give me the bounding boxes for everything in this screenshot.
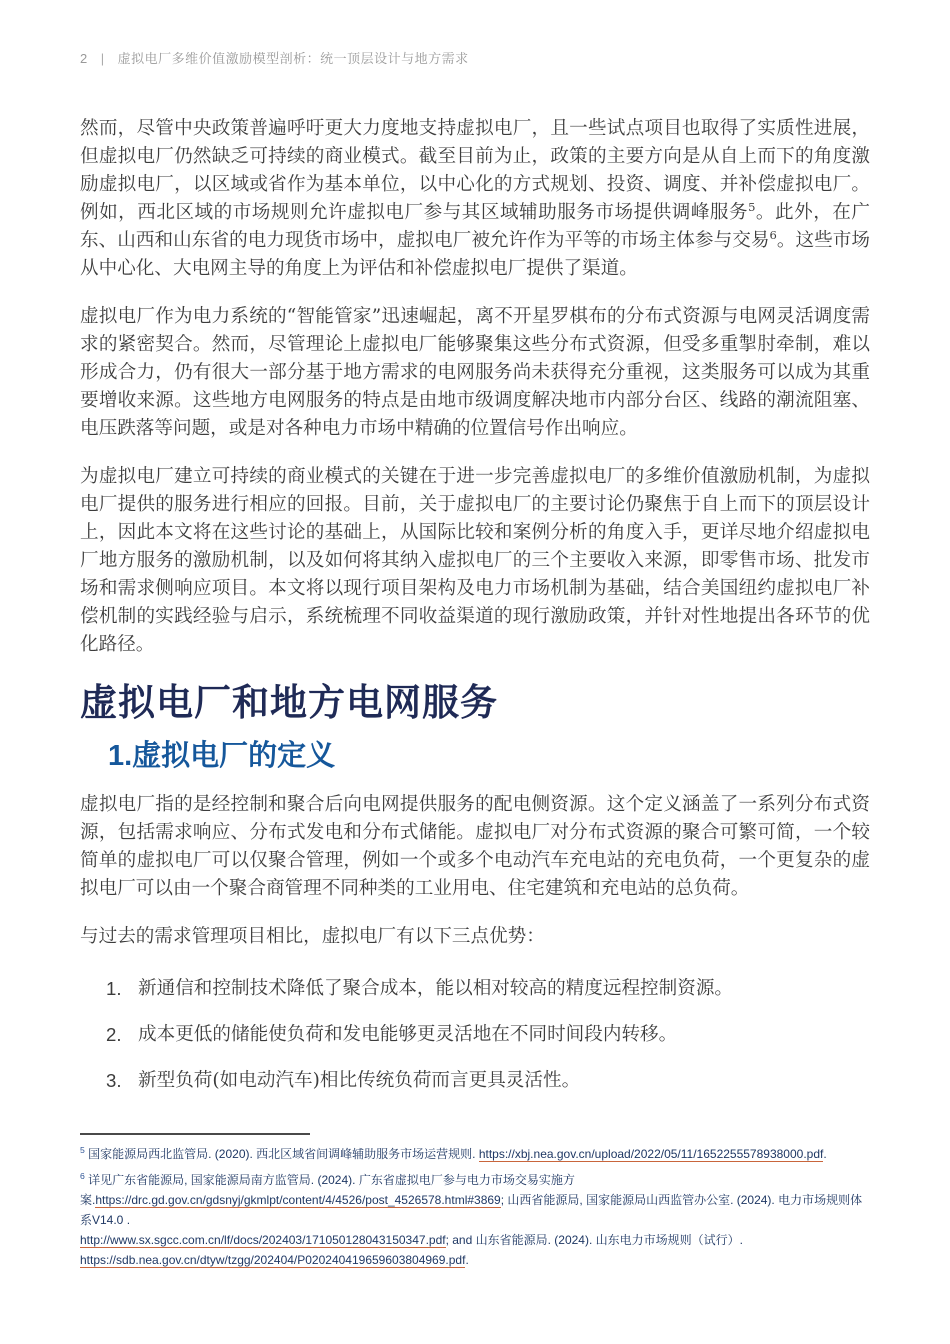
footnote-5: 5 国家能源局西北监管局. (2020). 西北区域省间调峰辅助服务市场运营规则… bbox=[80, 1144, 870, 1164]
footnote-6: 6 详见广东省能源局, 国家能源局南方监管局. (2024). 广东省虚拟电厂参… bbox=[80, 1170, 870, 1270]
footnote-area: 5 国家能源局西北监管局. (2020). 西北区域省间调峰辅助服务市场运营规则… bbox=[80, 1133, 870, 1270]
paragraph-4: 虚拟电厂指的是经控制和聚合后向电网提供服务的配电侧资源。这个定义涵盖了一系列分布… bbox=[80, 791, 870, 903]
paragraph-5-list-intro: 与过去的需求管理项目相比，虚拟电厂有以下三点优势： bbox=[80, 923, 870, 951]
page-number: 2 bbox=[80, 51, 88, 66]
text-segment: ; and 山东省能源局. (2024). 山东电力市场规则（试行）. bbox=[446, 1233, 743, 1247]
section-heading: 虚拟电厂和地方电网服务 bbox=[80, 679, 870, 725]
text-segment: 详见广东省能源局, 国家能源局南方监管局. (2024). 广东省虚拟电厂参与电… bbox=[85, 1173, 575, 1187]
document-page: 2|虚拟电厂多维价值激励模型剖析：统一顶层设计与地方需求 然而，尽管中央政策普遍… bbox=[0, 0, 950, 1344]
document-title: 虚拟电厂多维价值激励模型剖析：统一顶层设计与地方需求 bbox=[118, 51, 469, 66]
text-segment: 国家能源局西北监管局. (2020). 西北区域省间调峰辅助服务市场运营规则. bbox=[85, 1147, 479, 1161]
paragraph-1: 然而，尽管中央政策普遍呼吁更大力度地支持虚拟电厂，且一些试点项目也取得了实质性进… bbox=[80, 115, 870, 283]
footnote-separator bbox=[80, 1133, 310, 1135]
list-item-number: 3. bbox=[106, 1067, 138, 1095]
list-item: 1. 新通信和控制技术降低了聚合成本，能以相对较高的精度远程控制资源。 bbox=[80, 975, 870, 1003]
paragraph-3: 为虚拟电厂建立可持续的商业模式的关键在于进一步完善虚拟电厂的多维价值激励机制，为… bbox=[80, 463, 870, 659]
text-segment: . bbox=[465, 1253, 468, 1267]
paragraph-2: 虚拟电厂作为电力系统的“智能管家”迅速崛起，离不开星罗棋布的分布式资源与电网灵活… bbox=[80, 303, 870, 443]
footnote-link[interactable]: https://sdb.nea.gov.cn/dtyw/tzgg/202404/… bbox=[80, 1253, 465, 1268]
footnote-link[interactable]: http://www.sx.sgcc.com.cn/lf/docs/202403… bbox=[80, 1233, 446, 1248]
list-item-text: 成本更低的储能使负荷和发电能够更灵活地在不同时间段内转移。 bbox=[138, 1021, 870, 1049]
list-item-text: 新型负荷(如电动汽车)相比传统负荷而言更具灵活性。 bbox=[138, 1067, 870, 1095]
footnote-link[interactable]: https://drc.gd.gov.cn/gdsnyj/gkmlpt/cont… bbox=[95, 1193, 500, 1208]
footnote-ref: 6 bbox=[769, 228, 776, 242]
list-item: 2. 成本更低的储能使负荷和发电能够更灵活地在不同时间段内转移。 bbox=[80, 1021, 870, 1049]
advantages-list: 1. 新通信和控制技术降低了聚合成本，能以相对较高的精度远程控制资源。 2. 成… bbox=[80, 975, 870, 1095]
list-item-text: 新通信和控制技术降低了聚合成本，能以相对较高的精度远程控制资源。 bbox=[138, 975, 870, 1003]
footnote-link[interactable]: https://xbj.nea.gov.cn/upload/2022/05/11… bbox=[479, 1147, 824, 1162]
running-header: 2|虚拟电厂多维价值激励模型剖析：统一顶层设计与地方需求 bbox=[80, 48, 870, 67]
text-segment: 案. bbox=[80, 1193, 95, 1207]
subsection-heading: 1.虚拟电厂的定义 bbox=[108, 737, 870, 775]
list-item: 3. 新型负荷(如电动汽车)相比传统负荷而言更具灵活性。 bbox=[80, 1067, 870, 1095]
body-text: 然而，尽管中央政策普遍呼吁更大力度地支持虚拟电厂，且一些试点项目也取得了实质性进… bbox=[80, 115, 870, 1095]
list-item-number: 1. bbox=[106, 975, 138, 1003]
header-divider: | bbox=[101, 51, 105, 66]
text-segment: . bbox=[823, 1147, 826, 1161]
list-item-number: 2. bbox=[106, 1021, 138, 1049]
